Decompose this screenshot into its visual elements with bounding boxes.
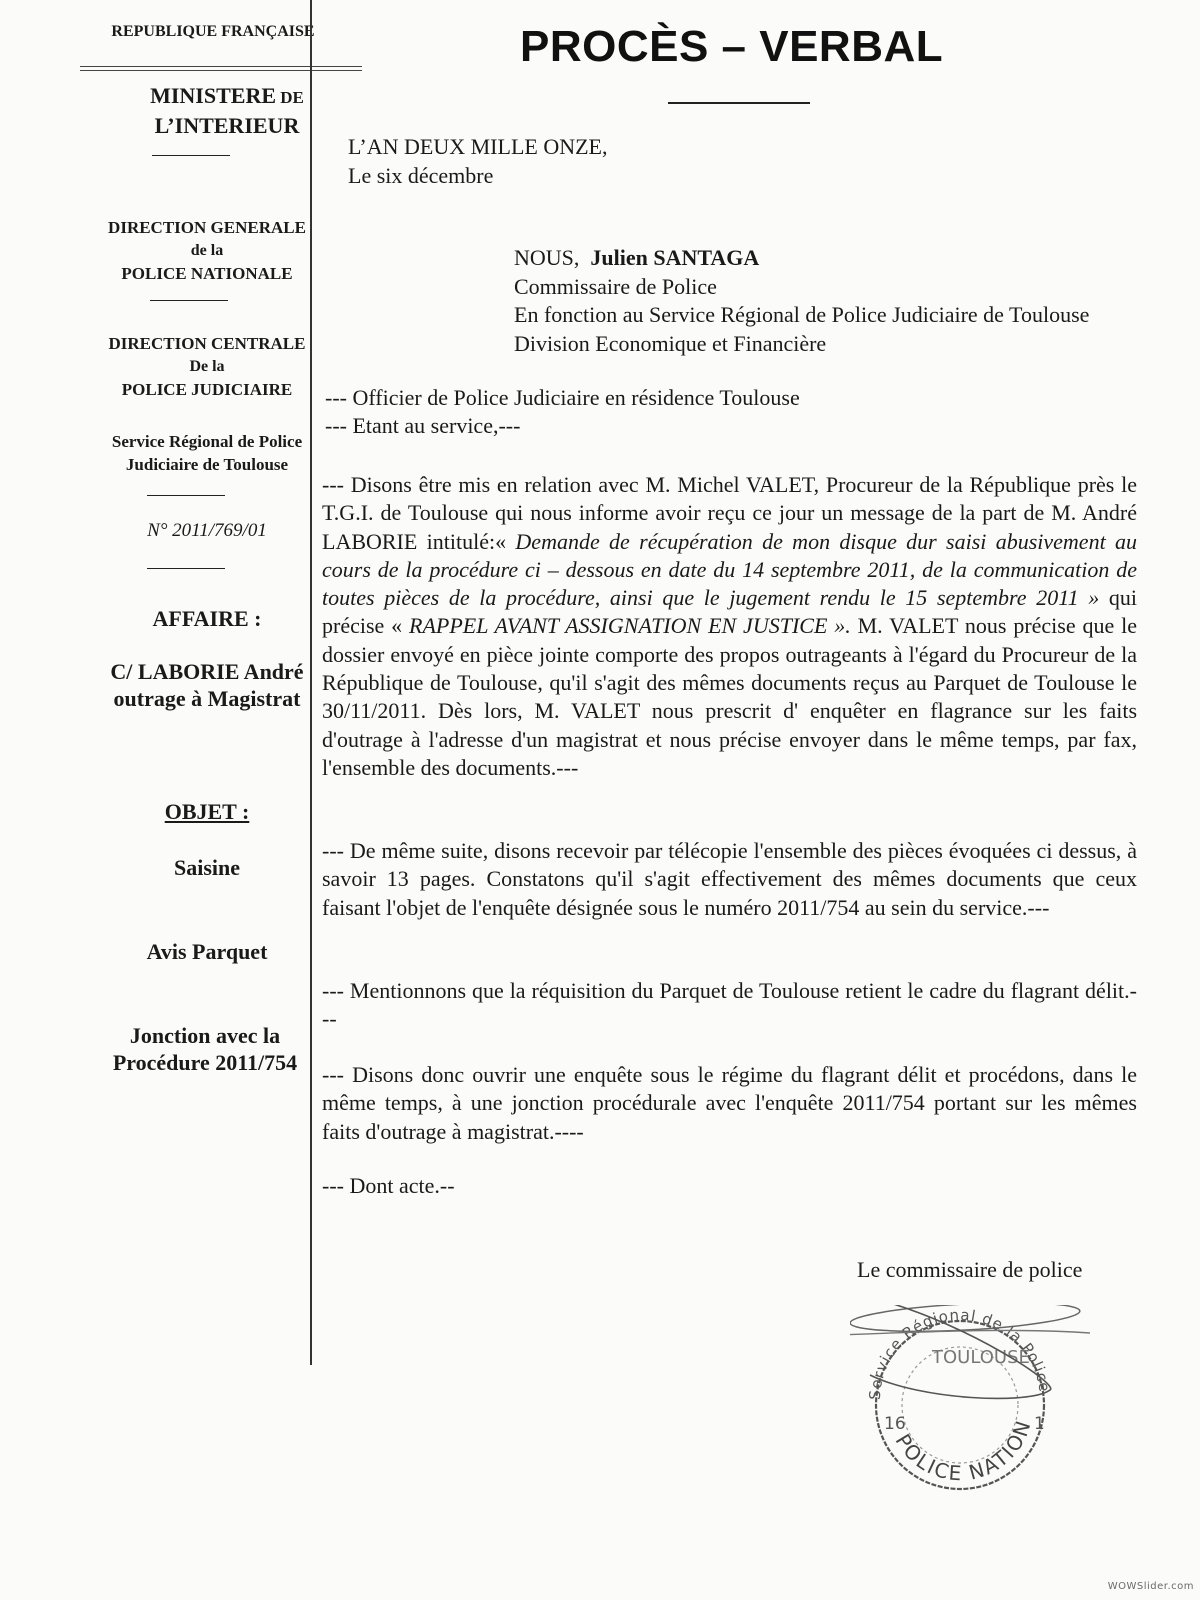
dgpn-line: DIRECTION GENERALE	[82, 216, 332, 239]
opj-block: --- Officier de Police Judiciaire en rés…	[325, 384, 800, 440]
dcpj-line: POLICE JUDICIAIRE	[82, 378, 332, 401]
stamp-number-right: 1	[1034, 1414, 1045, 1434]
paragraph-5: --- Dont acte.--	[322, 1172, 1137, 1200]
signature-label: Le commissaire de police	[857, 1256, 1082, 1285]
stamp-icon: Service Régional de la Police Judiciaire…	[850, 1305, 1090, 1505]
dcpj-line: De la	[82, 355, 332, 378]
service-regional: Service Régional de Police Judiciaire de…	[82, 430, 332, 476]
objet-label: OBJET :	[82, 798, 332, 825]
date-block: L’AN DEUX MILLE ONZE, Le six décembre	[348, 133, 607, 190]
stamp-number-left: 16	[884, 1414, 906, 1434]
separator	[150, 300, 228, 301]
officer-name: Julien SANTAGA	[590, 245, 759, 270]
officer-assignment: En fonction au Service Régional de Polic…	[514, 301, 1089, 330]
officer-rank: Commissaire de Police	[514, 273, 1089, 302]
ministere-de: DE	[276, 88, 304, 107]
separator	[147, 568, 225, 569]
direction-centrale: DIRECTION CENTRALE De la POLICE JUDICIAI…	[82, 332, 332, 401]
p1-quote-rappel: RAPPEL AVANT ASSIGNATION EN JUSTICE ».	[409, 613, 851, 638]
date-line: Le six décembre	[348, 162, 607, 191]
paragraph-4: --- Disons donc ouvrir une enquête sous …	[322, 1061, 1137, 1146]
officer-division: Division Economique et Financière	[514, 330, 1089, 359]
dgpn-line: de la	[82, 239, 332, 262]
nous-prefix: NOUS,	[514, 245, 579, 270]
column-divider	[310, 0, 312, 1365]
stamp-city: TOULOUSE	[931, 1347, 1030, 1368]
police-stamp: Service Régional de la Police Judiciaire…	[850, 1305, 1090, 1510]
srpj-line: Service Régional de Police	[82, 430, 332, 453]
officer-block: NOUS, Julien SANTAGA Commissaire de Poli…	[514, 244, 1089, 358]
affaire-line: outrage à Magistrat	[82, 685, 332, 712]
title-underline	[668, 102, 810, 104]
ministere: MINISTERE DE L’INTERIEUR	[102, 82, 352, 140]
objet-avis-parquet: Avis Parquet	[82, 938, 332, 965]
year-line: L’AN DEUX MILLE ONZE,	[348, 133, 607, 162]
separator	[147, 495, 225, 496]
affaire-details: C/ LABORIE André outrage à Magistrat	[82, 658, 332, 712]
officer-name-line: NOUS, Julien SANTAGA	[514, 244, 1089, 273]
direction-generale: DIRECTION GENERALE de la POLICE NATIONAL…	[82, 216, 332, 285]
separator	[152, 155, 230, 156]
opj-line: --- Officier de Police Judiciaire en rés…	[325, 384, 800, 413]
republique-francaise: REPUBLIQUE FRANÇAISE	[88, 20, 338, 43]
sidebar-header: REPUBLIQUE FRANÇAISE MINISTERE DE L’INTE…	[60, 0, 310, 1100]
affaire-label: AFFAIRE :	[82, 605, 332, 632]
dcpj-line: DIRECTION CENTRALE	[82, 332, 332, 355]
objet-jonction: Jonction avec la Procédure 2011/754	[80, 1022, 330, 1076]
watermark: WOWSlider.com	[1108, 1581, 1194, 1592]
objet-saisine: Saisine	[82, 854, 332, 881]
service-line: --- Etant au service,---	[325, 412, 800, 441]
jonction-line: Jonction avec la	[80, 1022, 330, 1049]
jonction-line: Procédure 2011/754	[80, 1049, 330, 1076]
numero-procedure: N° 2011/769/01	[82, 520, 332, 542]
paragraph-2: --- De même suite, disons recevoir par t…	[322, 837, 1137, 922]
double-rule	[80, 66, 362, 71]
paragraph-1: --- Disons être mis en relation avec M. …	[322, 471, 1137, 782]
affaire-line: C/ LABORIE André	[82, 658, 332, 685]
srpj-line: Judiciaire de Toulouse	[82, 453, 332, 476]
dgpn-line: POLICE NATIONALE	[82, 262, 332, 285]
ministere-interieur: L’INTERIEUR	[155, 113, 300, 138]
paragraph-3: --- Mentionnons que la réquisition du Pa…	[322, 977, 1137, 1034]
document-title: PROCÈS – VERBAL	[520, 22, 980, 72]
ministere-word: MINISTERE	[150, 83, 276, 108]
